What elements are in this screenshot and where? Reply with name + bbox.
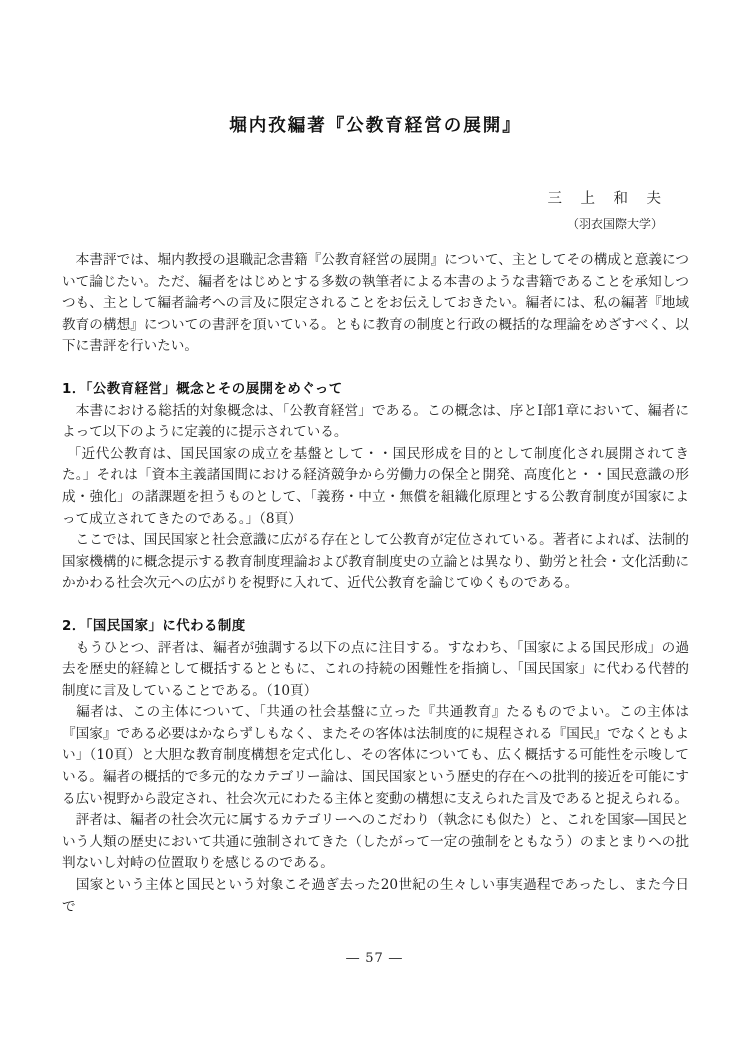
paragraph: 評者は、編者の社会次元に属するカテゴリーへのこだわり（執念にも似た）と、これを国… (62, 810, 689, 875)
body-text: 本書評では、堀内教授の退職記念書籍『公教育経営の展開』について、主としてその構成… (62, 250, 689, 918)
paragraph: 本書における総括的対象概念は、「公教育経営」である。この概念は、序とⅠ部1章にお… (62, 401, 689, 444)
document-page: 堀内孜編著『公教育経営の展開』 三 上 和 夫 （羽衣国際大学） 本書評では、堀… (0, 0, 749, 1040)
paragraph: ここでは、国民国家と社会意識に広がる存在として公教育が定位されている。著者によれ… (62, 530, 689, 595)
page-number: ― 57 ― (0, 951, 749, 966)
author-affiliation: （羽衣国際大学） (62, 215, 663, 232)
paragraph: もうひとつ、評者は、編者が強調する以下の点に注目する。すなわち、「国家による国民… (62, 638, 689, 703)
paragraph: 国家という主体と国民という対象こそ過ぎ去った20世紀の生々しい事実過程であったし… (62, 875, 689, 918)
author-name: 三 上 和 夫 (62, 187, 663, 208)
page-content: 堀内孜編著『公教育経営の展開』 三 上 和 夫 （羽衣国際大学） 本書評では、堀… (62, 0, 689, 918)
paragraph: 編者は、この主体について、「共通の社会基盤に立った『共通教育』たるものでよい。こ… (62, 702, 689, 810)
author-block: 三 上 和 夫 （羽衣国際大学） (62, 187, 689, 232)
paragraph: 本書評では、堀内教授の退職記念書籍『公教育経営の展開』について、主としてその構成… (62, 250, 689, 358)
section-heading: 1．「公教育経営」概念とその展開をめぐって (62, 379, 689, 401)
document-title: 堀内孜編著『公教育経営の展開』 (62, 112, 689, 137)
section-heading: 2．「国民国家」に代わる制度 (62, 616, 689, 638)
paragraph: 「近代公教育は、国民国家の成立を基盤として・・国民形成を目的として制度化され展開… (62, 444, 689, 530)
